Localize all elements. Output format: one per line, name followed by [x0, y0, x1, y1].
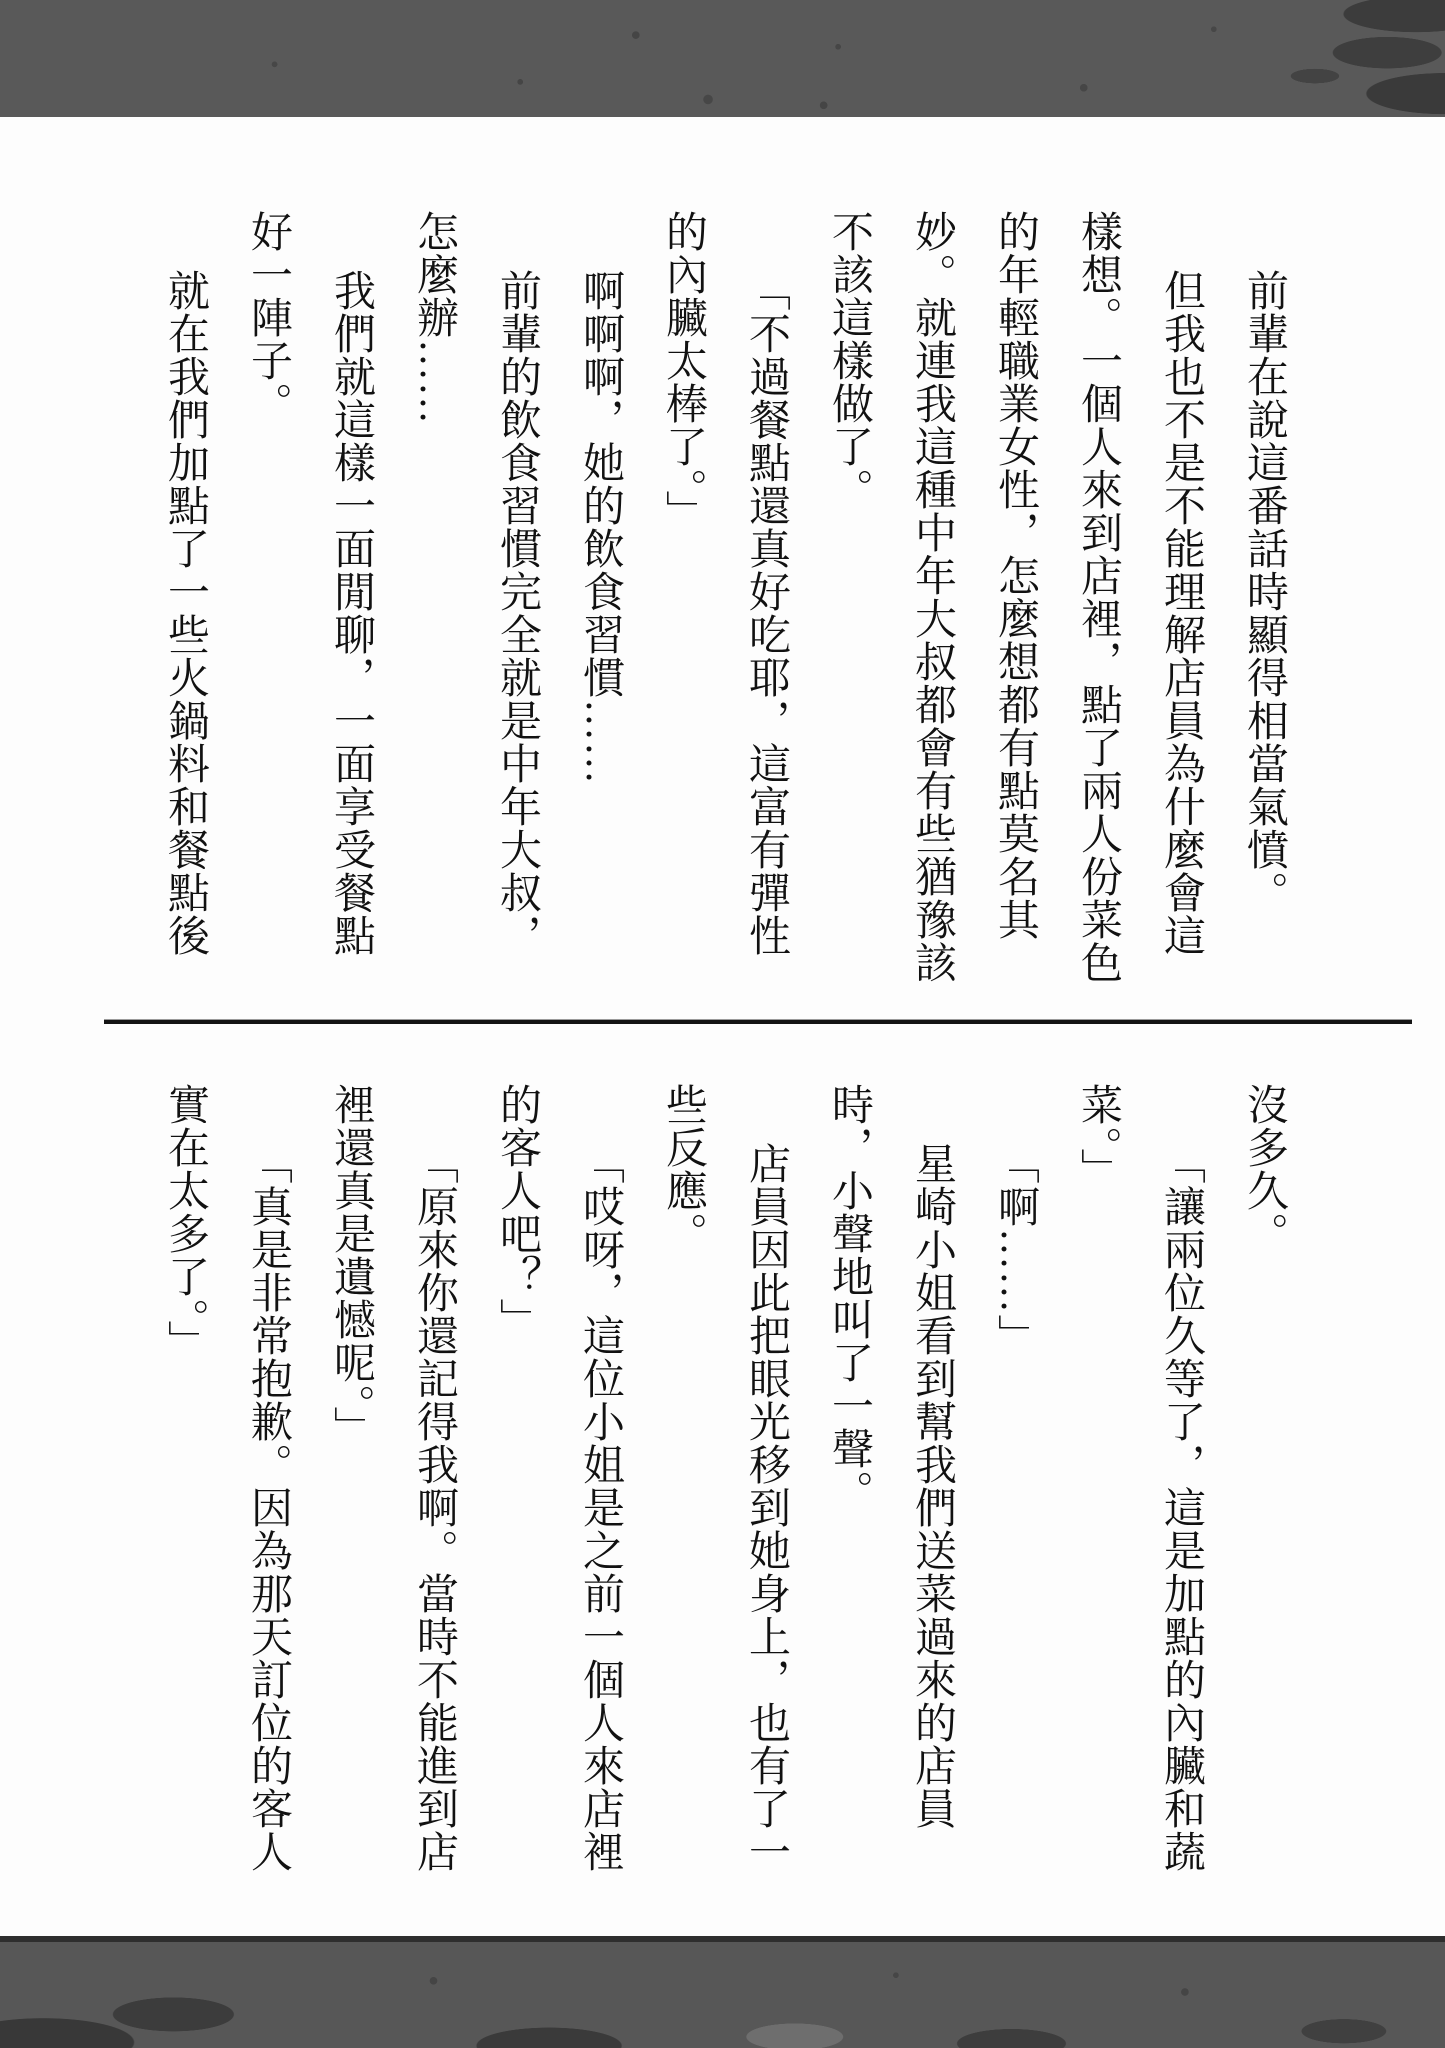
text-line: 星崎小姐看到幫我們送菜過來的店員 — [890, 1083, 973, 1878]
text-line: 實在太多了。」 — [143, 1083, 226, 1878]
text-line: 裡還真是遺憾呢。」 — [309, 1083, 392, 1878]
text-line: 「真是非常抱歉。因為那天訂位的客人 — [226, 1083, 309, 1878]
bottom-grunge-band — [0, 1936, 1445, 2048]
text-line: 的內臟太棒了。」 — [641, 210, 724, 982]
text-line: 店員因此把眼光移到她身上，也有了一 — [724, 1083, 807, 1878]
text-line: 時，小聲地叫了一聲。 — [807, 1083, 890, 1878]
text-line: 「讓兩位久等了，這是加點的內臟和蔬 — [1139, 1083, 1222, 1878]
page-divider — [104, 1019, 1412, 1024]
text-line: 前輩的飲食習慣完全就是中年大叔， — [475, 210, 558, 982]
text-line: 「啊……」 — [973, 1083, 1056, 1878]
top-grunge-band — [0, 0, 1445, 117]
text-line: 啊啊啊，她的飲食習慣…… — [558, 210, 641, 982]
text-line: 的年輕職業女性，怎麼想都有點莫名其 — [973, 210, 1056, 982]
text-line: 些反應。 — [641, 1083, 724, 1878]
text-line: 「原來你還記得我啊。當時不能進到店 — [392, 1083, 475, 1878]
text-line: 我們就這樣一面閒聊，一面享受餐點 — [309, 210, 392, 982]
text-line: 好一陣子。 — [226, 210, 309, 982]
text-line: 「不過餐點還真好吃耶，這富有彈性 — [724, 210, 807, 982]
page1-text: 前輩在說這番話時顯得相當氣憤。但我也不是不能理解店員為什麼會這樣想。一個人來到店… — [143, 210, 1305, 982]
text-line: 「哎呀，這位小姐是之前一個人來店裡 — [558, 1083, 641, 1878]
text-line: 的客人吧？」 — [475, 1083, 558, 1878]
page2-text: 沒多久。「讓兩位久等了，這是加點的內臟和蔬菜。」「啊……」星崎小姐看到幫我們送菜… — [143, 1083, 1305, 1878]
text-line: 前輩在說這番話時顯得相當氣憤。 — [1222, 210, 1305, 982]
text-line: 妙。就連我這種中年大叔都會有些猶豫該 — [890, 210, 973, 982]
novel-page: { "page": { "background_color": "#fdfdfd… — [0, 0, 1445, 2048]
text-line: 但我也不是不能理解店員為什麼會這 — [1139, 210, 1222, 982]
text-line: 菜。」 — [1056, 1083, 1139, 1878]
text-line: 怎麼辦…… — [392, 210, 475, 982]
text-line: 就在我們加點了一些火鍋料和餐點後 — [143, 210, 226, 982]
text-line: 樣想。一個人來到店裡，點了兩人份菜色 — [1056, 210, 1139, 982]
text-line: 沒多久。 — [1222, 1083, 1305, 1878]
text-line: 不該這樣做了。 — [807, 210, 890, 982]
